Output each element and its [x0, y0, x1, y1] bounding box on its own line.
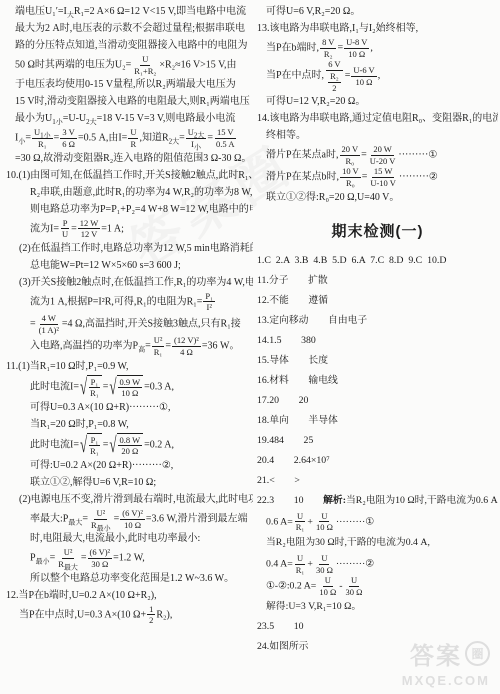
text-line: R₂串联,由题意,此时R₁的功率为4 W,R₂的功率为8 W, — [6, 184, 253, 201]
text-line: (2)电源电压不变,滑片滑到最右端时,电流最大,此时电功 — [6, 491, 253, 508]
text-line: 联立①②得:R₀=20 Ω,U=40 V。 — [257, 189, 498, 206]
text-line: 解得:U=3 V,R₁=10 Ω。 — [257, 597, 498, 617]
text-line: 所以整个电路总功率变化范围是1.2 W~3.6 W。 — [6, 570, 253, 587]
text-line: 最大为2 A时,电压表的示数不会超过量程;根据串联电 — [6, 20, 253, 37]
text-line: 50 Ω时其两端的电压为U₂=UR₁+R₂×R₂≈16 V>15 V,由 — [6, 54, 253, 76]
text-line: 滑片P在某点a时,20 VR₀=20 WU-20 V·········① — [257, 144, 498, 166]
text-line: 时,电阻最大,电流最小,此时电功率最小: — [6, 530, 253, 547]
text-line: 当R₁=20 Ω时,P₁=0.8 W, — [6, 416, 253, 433]
text-line: 11.(1)当R₁=10 Ω时,P₁=0.9 W, — [6, 358, 253, 375]
text-line: 19.484 25 — [257, 431, 498, 451]
final-exam-answer-list: 1.C 2.A 3.B 4.B 5.D 6.A 7.C 8.D 9.C 10.D… — [257, 251, 498, 658]
text-line: 总电能W=Pt=12 W×5×60 s=3 600 J; — [6, 257, 253, 274]
text-line: 当R₂电阻为30 Ω时,干路的电流为0.4 A, — [257, 533, 498, 553]
brand-text: 答案 — [410, 636, 462, 671]
text-line: 此时电流I=√P₁R₁=√0.9 W10 Ω=0.3 A, — [6, 375, 253, 399]
text-line: 21.< > — [257, 471, 498, 491]
text-line: 18.单向 半导体 — [257, 411, 498, 431]
text-line: 端电压U₁′=I大R₁=2 A×6 Ω=12 V<15 V,即当电路中电流 — [6, 3, 253, 20]
solutions-13-14: 可得U=6 V,R₂=20 Ω。13.该电路为串联电路,I₁与I₂始终相等,当P… — [257, 3, 498, 206]
text-line: 12.不能 遵循 — [257, 291, 498, 311]
text-line: 可得U=12 V,R₂=20 Ω。 — [257, 93, 498, 110]
brand-logo: 答案 圈 — [402, 636, 490, 671]
text-line: 入电路,高温挡的功率为P高=U²R₁=(12 V)²4 Ω=36 W。 — [6, 335, 253, 357]
text-line: 当P在中点时,U=0.3 A×(10 Ω+12R₂), — [6, 604, 253, 626]
text-line: (2)在低温挡工作时,电路总功率为12 W,5 min电路消耗的 — [6, 240, 253, 257]
text-line: 路的分压特点知道,当滑动变阻器接入电路中的电阻为 — [6, 37, 253, 54]
text-line: 可得:U=0.2 A×(20 Ω+R)·········②, — [6, 457, 253, 474]
brand-circle-icon: 圈 — [465, 641, 490, 666]
section-title: 期末检测(一) — [257, 220, 498, 241]
text-line: 当P在中点时,6 VR₂2=U-6 V10 Ω, — [257, 59, 498, 93]
text-line: 流为I=PU=12 W12 V=1 A; — [6, 218, 253, 240]
text-line: 16.材料 输电线 — [257, 371, 498, 391]
text-line: I小=U1小R₁=3 V6 Ω=0.5 A,由I=UR,知道R2大=U2大I小=… — [6, 127, 253, 149]
text-line: 此时电流I=√P₁R₁=√0.8 W20 Ω=0.2 A, — [6, 433, 253, 457]
text-line: 14.该电路为串联电路,通过定值电阻R₀、变阻器R₁的电流始 — [257, 110, 498, 127]
text-line: 10.(1)由图可知,在低温挡工作时,开关S接触2触点,此时R₁、 — [6, 167, 253, 184]
text-line: 15.导体 长度 — [257, 351, 498, 371]
text-line: 1.C 2.A 3.B 4.B 5.D 6.A 7.C 8.D 9.C 10.D — [257, 251, 498, 271]
text-line: 最小为U1小=U-U2大=18 V-15 V=3 V,则电路最小电流 — [6, 110, 253, 127]
site-watermark: 答案 圈 MXQE.COM — [402, 636, 490, 688]
text-line: 20.4 2.64×10⁷ — [257, 451, 498, 471]
site-url-text: MXQE.COM — [402, 673, 490, 688]
text-line: 率最大:P最大=U²R最小=(6 V)²10 Ω=3.6 W,滑片滑到最左端 — [6, 508, 253, 530]
left-column-solutions: 端电压U₁′=I大R₁=2 A×6 Ω=12 V<15 V,即当电路中电流最大为… — [6, 3, 253, 691]
text-line: 则电路总功率为P=P₁+P₂=4 W+8 W=12 W,电路中的电 — [6, 201, 253, 218]
right-column: 可得U=6 V,R₂=20 Ω。13.该电路为串联电路,I₁与I₂始终相等,当P… — [257, 3, 498, 691]
text-line: 0.6 A=UR₁+U10 Ω·········① — [257, 511, 498, 533]
text-line: 于电压表均使用0-15 V量程,所以R₂两端最大电压为 — [6, 76, 253, 93]
text-line: 可得U=6 V,R₂=20 Ω。 — [257, 3, 498, 20]
text-line: 13.该电路为串联电路,I₁与I₂始终相等, — [257, 20, 498, 37]
text-line: 14.1.5 380 — [257, 331, 498, 351]
text-line: 23.5 10 — [257, 617, 498, 637]
text-line: 13.定向移动 自由电子 — [257, 311, 498, 331]
text-line: 终相等。 — [257, 127, 498, 144]
text-line: 流为1 A,根据P=I²R,可得,R₁的电阻为R₁=P₁I² — [6, 291, 253, 313]
text-line: (3)开关S接触2触点时,在低温挡工作,R₁的功率为4 W,电 — [6, 274, 253, 291]
text-line: 15 V时,滑动变阻器接入电路的电阻最大,则R₁两端电压 — [6, 93, 253, 110]
text-line: 11.分子 扩散 — [257, 271, 498, 291]
text-line: =4 W(1 A)²=4 Ω,高温挡时,开关S接触3触点,只有R₁接 — [6, 313, 253, 335]
text-line: 当P在b端时,8 VR₂=U-8 V10 Ω, — [257, 37, 498, 59]
text-line: 联立①②,解得U=6 V,R=10 Ω; — [6, 474, 253, 491]
text-line: 滑片P在某点b时,10 VR₀=15 WU-10 V·········② — [257, 166, 498, 188]
text-line: 22.3 10 解析:当R₂电阻为10 Ω时,干路电流为0.6 A, — [257, 491, 498, 511]
text-line: 可得U=0.3 A×(10 Ω+R)·········①, — [6, 399, 253, 416]
text-line: 12.当P在b端时,U=0.2 A×(10 Ω+R₂), — [6, 587, 253, 604]
text-line: =30 Ω,故滑动变阻器R₂连入电路的阻值范围3 Ω-30 Ω。 — [6, 150, 253, 167]
text-line: 0.4 A=UR₁+U30 Ω·········② — [257, 553, 498, 575]
text-line: 17.20 20 — [257, 391, 498, 411]
text-line: ①-②:0.2 A=U10 Ω-U30 Ω — [257, 575, 498, 597]
text-line: P最小=U²R最大=(6 V)²30 Ω=1.2 W, — [6, 547, 253, 569]
